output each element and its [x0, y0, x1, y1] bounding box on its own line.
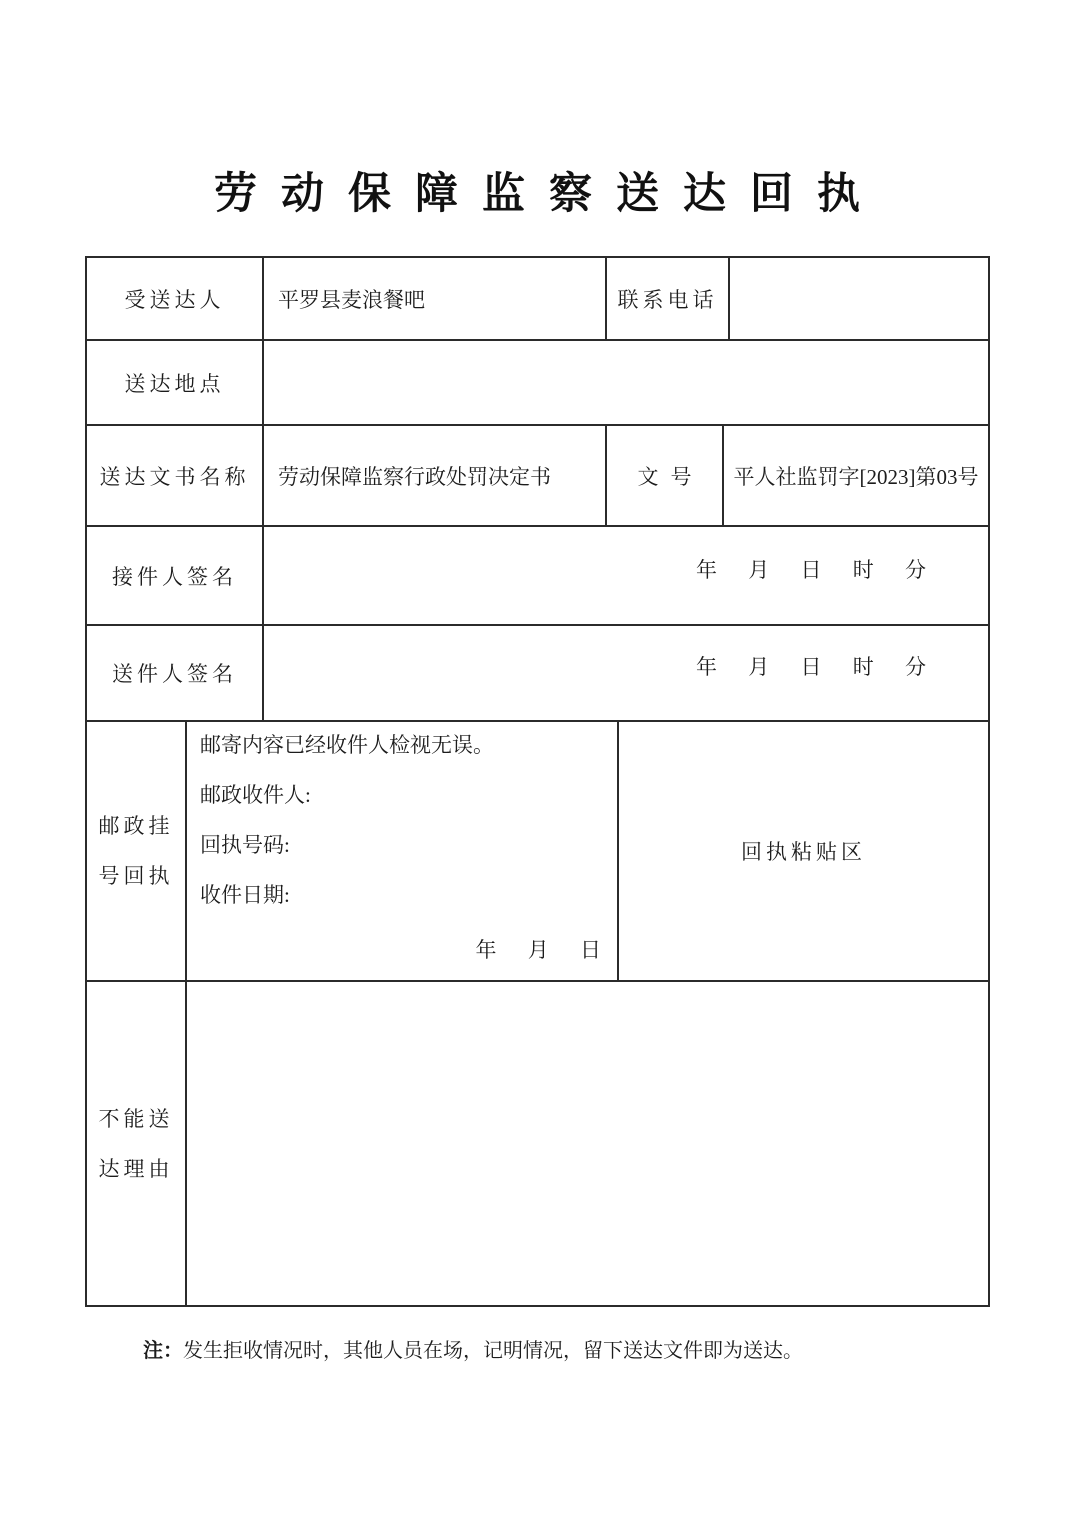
fail-reason-value: [186, 981, 989, 1306]
sender-sign-area: 年 月 日 时 分: [263, 625, 989, 721]
doc-number-value: 平人社监罚字[2023]第03号: [723, 425, 989, 526]
footnote: 注：发生拒收情况时，其他人员在场，记明情况，留下送达文件即为送达。: [143, 1334, 803, 1363]
receiver-sign-area: 年 月 日 时 分: [263, 526, 989, 625]
recipient-value: 平罗县麦浪餐吧: [263, 257, 606, 340]
postal-label-line1: 邮政挂: [87, 801, 185, 851]
page-title: 劳动保障监察送达回执: [0, 160, 1074, 221]
document-name-label: 送达文书名称: [86, 425, 263, 526]
postal-label-line2: 号回执: [87, 851, 185, 901]
receiver-sign-date: 年 月 日 时 分: [696, 558, 926, 582]
receiver-sign-label: 接件人签名: [86, 526, 263, 625]
address-label: 送达地点: [86, 340, 263, 425]
fail-reason-label-line2: 达理由: [87, 1144, 185, 1194]
postal-date: 年 月 日: [476, 934, 602, 964]
paste-area: 回执粘贴区: [618, 721, 989, 981]
sender-sign-date: 年 月 日 时 分: [696, 655, 926, 679]
postal-content-line4: 收件日期:: [200, 884, 617, 907]
footnote-prefix: 注：: [143, 1340, 183, 1362]
phone-label: 联系电话: [606, 257, 729, 340]
row-postal-receipt: 邮政挂 号回执 邮寄内容已经收件人检视无误。 邮政收件人: 回执号码: 收件日期…: [86, 721, 989, 981]
doc-number-label: 文号: [606, 425, 723, 526]
phone-value: [729, 257, 989, 340]
row-receiver-signature: 接件人签名 年 月 日 时 分: [86, 526, 989, 625]
footnote-text: 发生拒收情况时，其他人员在场，记明情况，留下送达文件即为送达。: [183, 1340, 803, 1362]
row-recipient: 受送达人 平罗县麦浪餐吧 联系电话: [86, 257, 989, 340]
postal-content: 邮寄内容已经收件人检视无误。 邮政收件人: 回执号码: 收件日期: 年 月 日: [186, 721, 618, 981]
postal-content-line3: 回执号码:: [200, 834, 617, 857]
row-sender-signature: 送件人签名 年 月 日 时 分: [86, 625, 989, 721]
fail-reason-label-line1: 不能送: [87, 1094, 185, 1144]
document-name-value: 劳动保障监察行政处罚决定书: [263, 425, 606, 526]
row-address: 送达地点: [86, 340, 989, 425]
postal-content-line1: 邮寄内容已经收件人检视无误。: [200, 734, 617, 757]
row-fail-reason: 不能送 达理由: [86, 981, 989, 1306]
address-value: [263, 340, 989, 425]
postal-content-line2: 邮政收件人:: [200, 784, 617, 807]
row-document-name: 送达文书名称 劳动保障监察行政处罚决定书 文号 平人社监罚字[2023]第03号: [86, 425, 989, 526]
postal-label: 邮政挂 号回执: [86, 721, 186, 981]
fail-reason-label: 不能送 达理由: [86, 981, 186, 1306]
recipient-label: 受送达人: [86, 257, 263, 340]
sender-sign-label: 送件人签名: [86, 625, 263, 721]
receipt-form-table: 受送达人 平罗县麦浪餐吧 联系电话 送达地点 送达文书名称 劳动保障监察行政处罚…: [85, 256, 990, 1307]
